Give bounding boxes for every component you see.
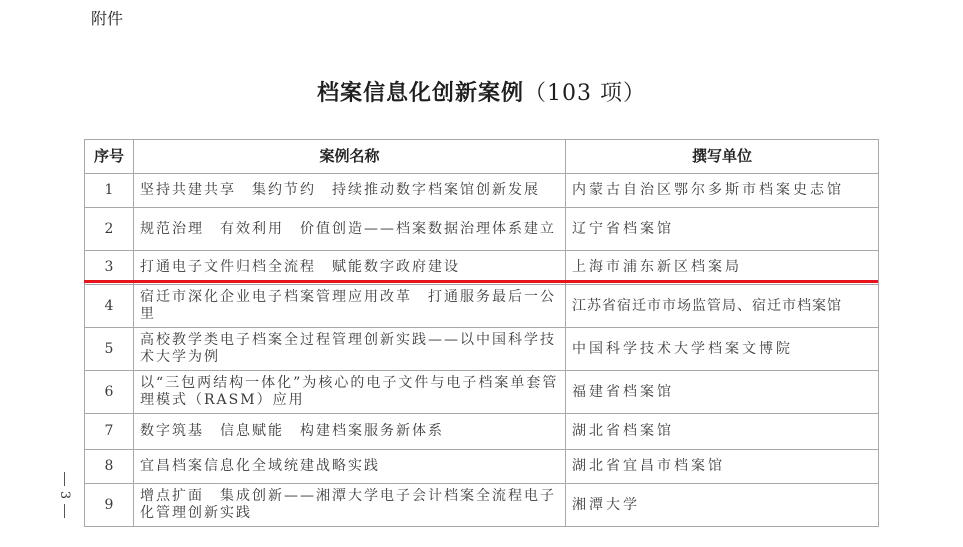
row-number: 8 [85, 450, 134, 484]
authoring-unit: 辽宁省档案馆 [566, 208, 879, 251]
table-row: 1 坚持共建共享 集约节约 持续推动数字档案馆创新发展 内蒙古自治区鄂尔多斯市档… [85, 174, 879, 208]
page-title: 档案信息化创新案例（103 项） [0, 76, 963, 107]
table-header-row: 序号 案例名称 撰写单位 [85, 140, 879, 174]
table-row: 4 宿迁市深化企业电子档案管理应用改革 打通服务最后一公里 江苏省宿迁市市场监管… [85, 285, 879, 328]
page-number-digit: 3 [57, 488, 71, 502]
case-name: 数字筑基 信息赋能 构建档案服务新体系 [134, 414, 566, 450]
row-number: 7 [85, 414, 134, 450]
case-name: 增点扩面 集成创新——湘潭大学电子会计档案全流程电子化管理创新实践 [134, 484, 566, 527]
row-number: 1 [85, 174, 134, 208]
case-name: 宿迁市深化企业电子档案管理应用改革 打通服务最后一公里 [134, 285, 566, 328]
table-row: 2 规范治理 有效利用 价值创造——档案数据治理体系建立 辽宁省档案馆 [85, 208, 879, 251]
case-name: 坚持共建共享 集约节约 持续推动数字档案馆创新发展 [134, 174, 566, 208]
page-number: 3 [57, 470, 71, 520]
table-row: 6 以“三包两结构一体化”为核心的电子文件与电子档案单套管理模式（RASM）应用… [85, 371, 879, 414]
title-count: （103 项） [524, 81, 646, 106]
row-number: 6 [85, 371, 134, 414]
authoring-unit: 中国科学技术大学档案文博院 [566, 328, 879, 371]
row-number: 9 [85, 484, 134, 527]
authoring-unit: 内蒙古自治区鄂尔多斯市档案史志馆 [566, 174, 879, 208]
table-row: 7 数字筑基 信息赋能 构建档案服务新体系 湖北省档案馆 [85, 414, 879, 450]
table-row: 8 宜昌档案信息化全域统建战略实践 湖北省宜昌市档案馆 [85, 450, 879, 484]
case-name: 高校教学类电子档案全过程管理创新实践——以中国科学技术大学为例 [134, 328, 566, 371]
red-underline-annotation [84, 280, 878, 283]
title-text: 档案信息化创新案例 [317, 80, 524, 106]
column-header-unit: 撰写单位 [566, 140, 879, 174]
table-row: 9 增点扩面 集成创新——湘潭大学电子会计档案全流程电子化管理创新实践 湘潭大学 [85, 484, 879, 527]
case-name: 规范治理 有效利用 价值创造——档案数据治理体系建立 [134, 208, 566, 251]
page-number-dash-top [64, 472, 65, 486]
authoring-unit: 江苏省宿迁市市场监管局、宿迁市档案馆 [566, 285, 879, 328]
cases-table: 序号 案例名称 撰写单位 1 坚持共建共享 集约节约 持续推动数字档案馆创新发展… [84, 139, 879, 527]
authoring-unit: 湖北省档案馆 [566, 414, 879, 450]
authoring-unit: 湘潭大学 [566, 484, 879, 527]
authoring-unit: 湖北省宜昌市档案馆 [566, 450, 879, 484]
authoring-unit: 福建省档案馆 [566, 371, 879, 414]
column-header-number: 序号 [85, 140, 134, 174]
column-header-case-name: 案例名称 [134, 140, 566, 174]
row-number: 2 [85, 208, 134, 251]
attachment-label: 附件 [91, 6, 123, 29]
row-number: 5 [85, 328, 134, 371]
case-name: 以“三包两结构一体化”为核心的电子文件与电子档案单套管理模式（RASM）应用 [134, 371, 566, 414]
table-row: 5 高校教学类电子档案全过程管理创新实践——以中国科学技术大学为例 中国科学技术… [85, 328, 879, 371]
case-name: 宜昌档案信息化全域统建战略实践 [134, 450, 566, 484]
page-number-dash-bottom [64, 504, 65, 518]
row-number: 4 [85, 285, 134, 328]
